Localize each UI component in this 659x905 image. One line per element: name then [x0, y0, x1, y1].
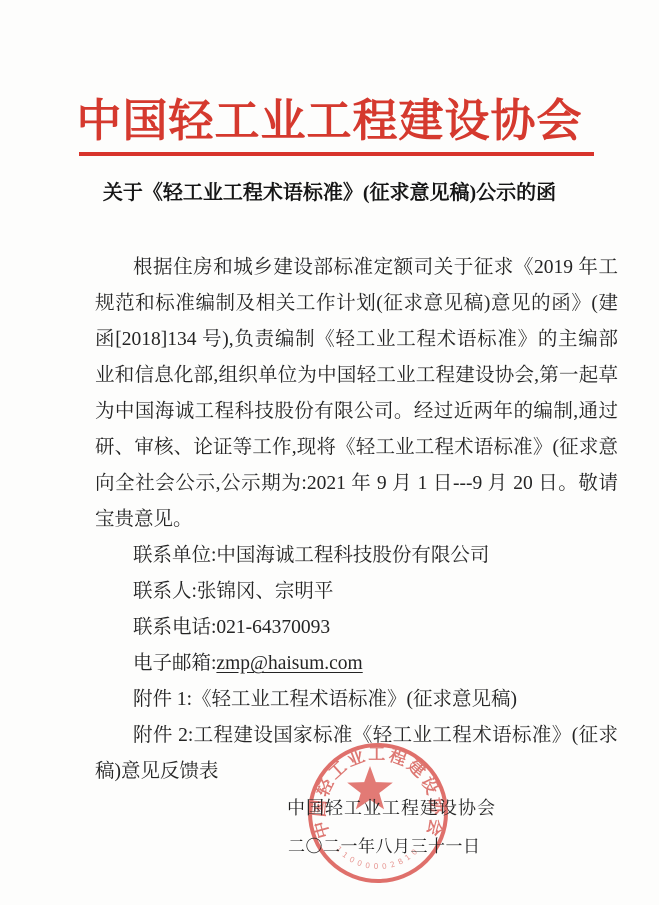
attachment-2-continued: 稿)意见反馈表	[95, 754, 618, 790]
body-line: 规范和标准编制及相关工作计划(征求意见稿)意见的函》(建标标	[95, 286, 618, 322]
header-divider-rule	[79, 152, 594, 156]
letter-body: 根据住房和城乡建设部标准定额司关于征求《2019 年工程建设 规范和标准编制及相…	[95, 250, 618, 790]
document-title: 关于《轻工业工程术语标准》(征求意见稿)公示的函	[0, 176, 659, 205]
email-label: 电子邮箱:	[133, 653, 216, 674]
body-line: 为中国海诚工程科技股份有限公司。经过近两年的编制,通过多次调	[95, 394, 618, 430]
attachment-1: 附件 1:《轻工业工程术语标准》(征求意见稿)	[95, 682, 618, 718]
contact-phone: 联系电话:021-64370093	[95, 610, 618, 646]
signature-organization: 中国轻工业工程建设协会	[287, 794, 496, 820]
contact-person: 联系人:张锦冈、宗明平	[95, 574, 618, 610]
organization-title: 中国轻工业工程建设协会	[0, 84, 659, 149]
signature-date: 二〇二一年八月三十一日	[288, 832, 481, 857]
body-line: 根据住房和城乡建设部标准定额司关于征求《2019 年工程建设	[95, 250, 618, 286]
body-line: 函[2018]134 号),负责编制《轻工业工程术语标准》的主编部门为工	[95, 322, 618, 358]
letter-page: 中国轻工业工程建设协会 关于《轻工业工程术语标准》(征求意见稿)公示的函 根据住…	[0, 0, 659, 905]
contact-unit: 联系单位:中国海诚工程科技股份有限公司	[95, 538, 618, 574]
body-line: 宝贵意见。	[95, 502, 618, 538]
contact-email-line: 电子邮箱:zmp@haisum.com	[95, 646, 618, 682]
body-line: 研、审核、论证等工作,现将《轻工业工程术语标准》(征求意见稿)	[95, 430, 618, 466]
body-line: 向全社会公示,公示期为:2021 年 9 月 1 日---9 月 20 日。敬请…	[95, 466, 618, 502]
body-line: 业和信息化部,组织单位为中国轻工业工程建设协会,第一起草单位	[95, 358, 618, 394]
attachment-2: 附件 2:工程建设国家标准《轻工业工程术语标准》(征求意见	[95, 718, 618, 754]
email-address: zmp@haisum.com	[216, 653, 362, 674]
